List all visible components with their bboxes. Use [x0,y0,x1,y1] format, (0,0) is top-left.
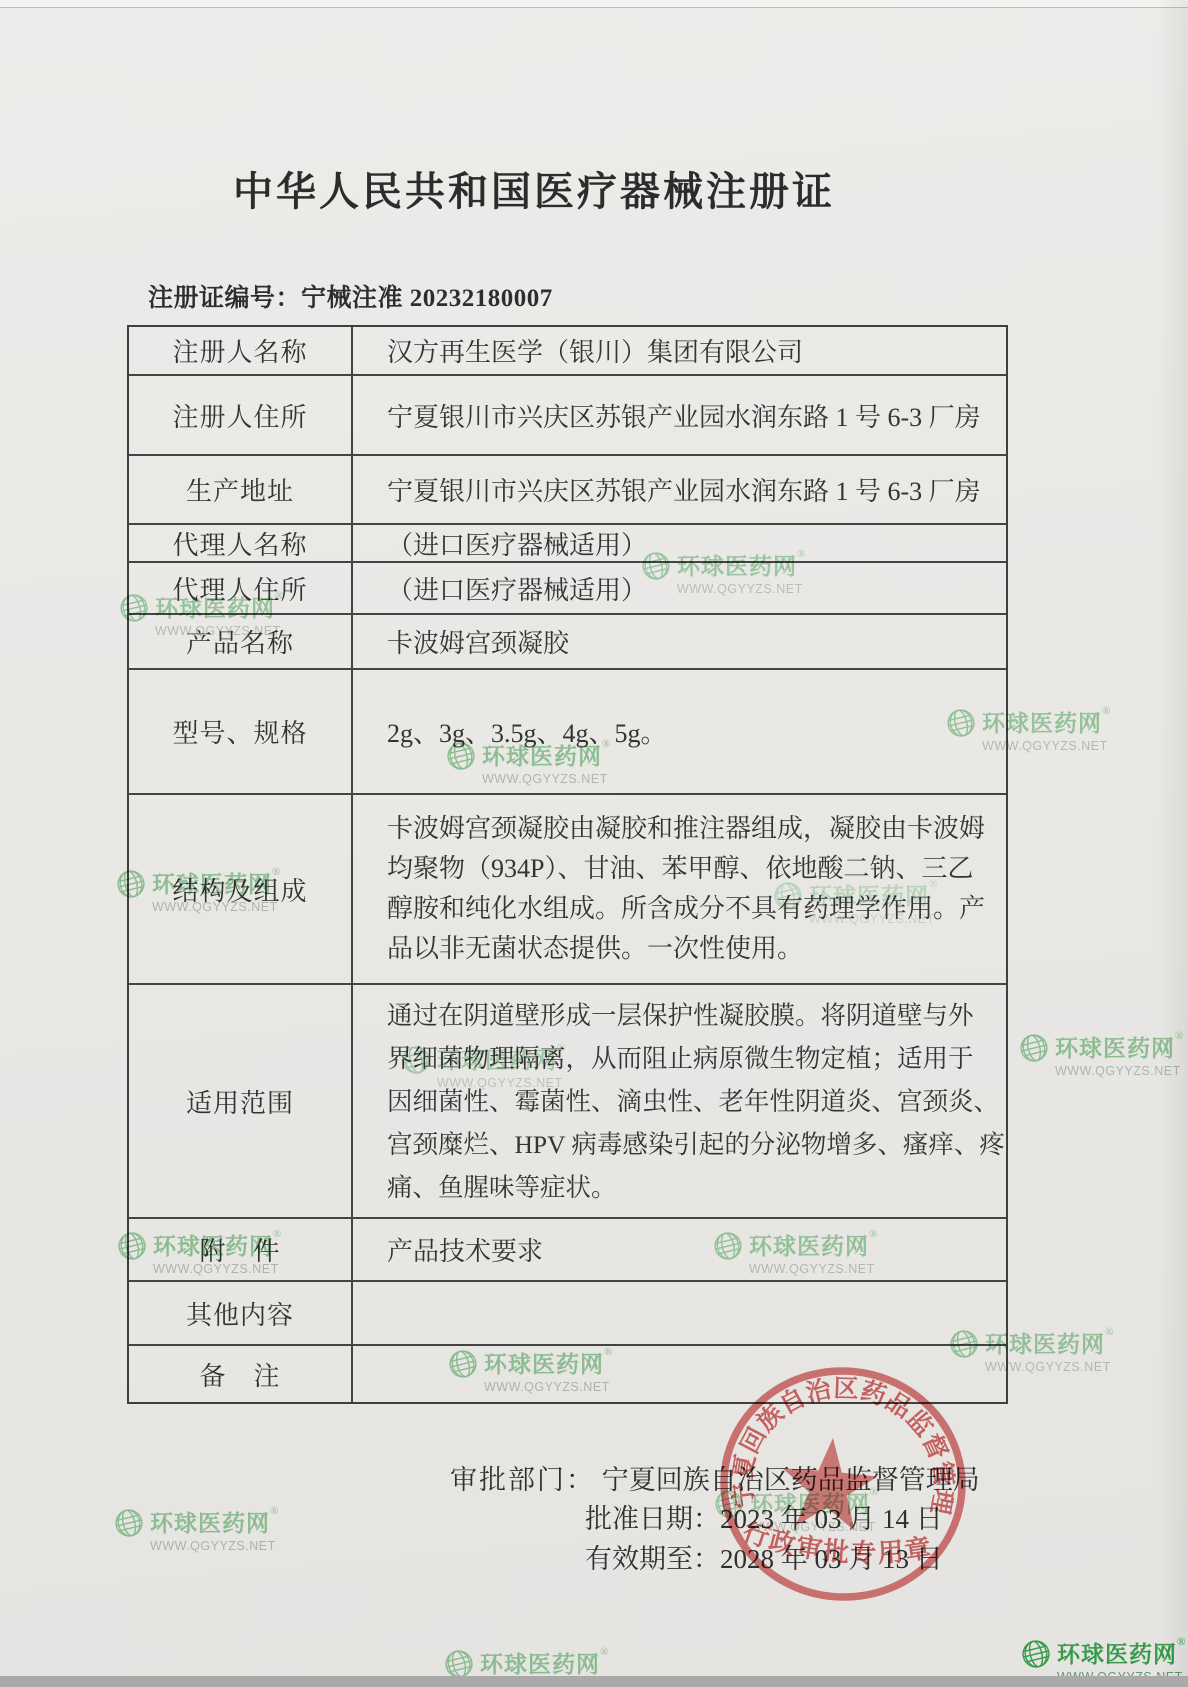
row-label: 注册人住所 [129,376,353,454]
table-row: 代理人住所 （进口医疗器械适用） [129,561,1006,613]
row-value: 卡波姆宫颈凝胶由凝胶和推注器组成，凝胶由卡波姆 均聚物（934P）、甘油、苯甲醇… [353,795,1006,983]
row-value: （进口医疗器械适用） [387,525,1006,562]
globe-icon [1017,1635,1056,1674]
value-line: 卡波姆宫颈凝胶由凝胶和推注器组成，凝胶由卡波姆 [387,809,1006,849]
row-label: 其他内容 [129,1282,353,1344]
registration-number-value: 宁械注准 20232180007 [301,285,553,312]
registration-number-label: 注册证编号： [148,285,301,312]
row-label: 代理人住所 [129,563,353,613]
table-row: 结构及组成 卡波姆宫颈凝胶由凝胶和推注器组成，凝胶由卡波姆 均聚物（934P）、… [129,793,1006,983]
table-row: 注册人住所 宁夏银川市兴庆区苏银产业园水润东路 1 号 6-3 厂房 [129,374,1006,454]
row-label: 代理人名称 [129,525,353,561]
globe-icon [1015,1029,1054,1068]
value-line: 痛、鱼腥味等症状。 [387,1166,1006,1209]
row-label: 产品名称 [129,615,353,668]
scan-bottom-edge [0,1676,1188,1687]
row-label: 注册人名称 [129,327,353,374]
row-value: （进口医疗器械适用） [387,570,1006,607]
value-line: 醇胺和纯化水组成。所含成分不具有药理学作用。产 [387,889,1006,929]
table-row: 适用范围 通过在阴道壁形成一层保护性凝胶膜。将阴道壁与外 界细菌物理隔离，从而阻… [129,983,1006,1217]
table-row: 生产地址 宁夏银川市兴庆区苏银产业园水润东路 1 号 6-3 厂房 [129,454,1006,523]
official-seal: 宁夏回族自治区药品监督管理局 行政审批专用章 [680,1332,1010,1642]
certificate-page: 中华人民共和国医疗器械注册证 注册证编号：宁械注准 20232180007 注册… [0,0,1188,1687]
row-value: 汉方再生医学（银川）集团有限公司 [387,332,1006,369]
value-line: 均聚物（934P）、甘油、苯甲醇、依地酸二钠、三乙 [387,849,1006,889]
table-row: 附 件 产品技术要求 [129,1217,1006,1280]
registration-number: 注册证编号：宁械注准 20232180007 [148,278,553,314]
row-value: 通过在阴道壁形成一层保护性凝胶膜。将阴道壁与外 界细菌物理隔离，从而阻止病原微生… [353,985,1006,1217]
scan-right-shadow [1158,0,1188,1687]
row-value: 2g、3g、3.5g、4g、5g。 [387,713,1006,750]
value-line: 界细菌物理隔离，从而阻止病原微生物定植；适用于 [387,1037,1006,1080]
table-row: 型号、规格 2g、3g、3.5g、4g、5g。 [129,668,1006,793]
row-label: 适用范围 [129,985,353,1217]
scan-top-edge [0,0,1188,8]
row-label: 生产地址 [129,456,353,523]
globe-icon [110,1504,149,1543]
table-row: 注册人名称 汉方再生医学（银川）集团有限公司 [129,327,1006,374]
row-value: 卡波姆宫颈凝胶 [387,623,1006,660]
approval-department-label: 审批部门： [450,1465,595,1495]
row-label: 备 注 [129,1346,353,1402]
row-value: 宁夏银川市兴庆区苏银产业园水润东路 1 号 6-3 厂房 [387,397,1006,434]
row-label: 结构及组成 [129,795,353,983]
table-row: 代理人名称 （进口医疗器械适用） [129,523,1006,561]
table-row: 产品名称 卡波姆宫颈凝胶 [129,613,1006,668]
watermark: 环球医药网®WWW.QGYYZS.NET [113,1505,278,1553]
row-value: 宁夏银川市兴庆区苏银产业园水润东路 1 号 6-3 厂房 [387,471,1006,508]
value-line: 宫颈糜烂、HPV 病毒感染引起的分泌物增多、瘙痒、疼 [387,1123,1006,1166]
value-line: 因细菌性、霉菌性、滴虫性、老年性阴道炎、宫颈炎、 [387,1080,1006,1123]
page-title: 中华人民共和国医疗器械注册证 [84,160,984,217]
value-line: 通过在阴道壁形成一层保护性凝胶膜。将阴道壁与外 [387,994,1006,1037]
certificate-table: 注册人名称 汉方再生医学（银川）集团有限公司 注册人住所 宁夏银川市兴庆区苏银产… [127,325,1008,1404]
value-line: 品以非无菌状态提供。一次性使用。 [387,929,1006,969]
row-label: 型号、规格 [129,670,353,793]
row-value: 产品技术要求 [387,1231,1006,1268]
seal-star-icon [778,1434,881,1532]
row-label: 附 件 [129,1219,353,1280]
